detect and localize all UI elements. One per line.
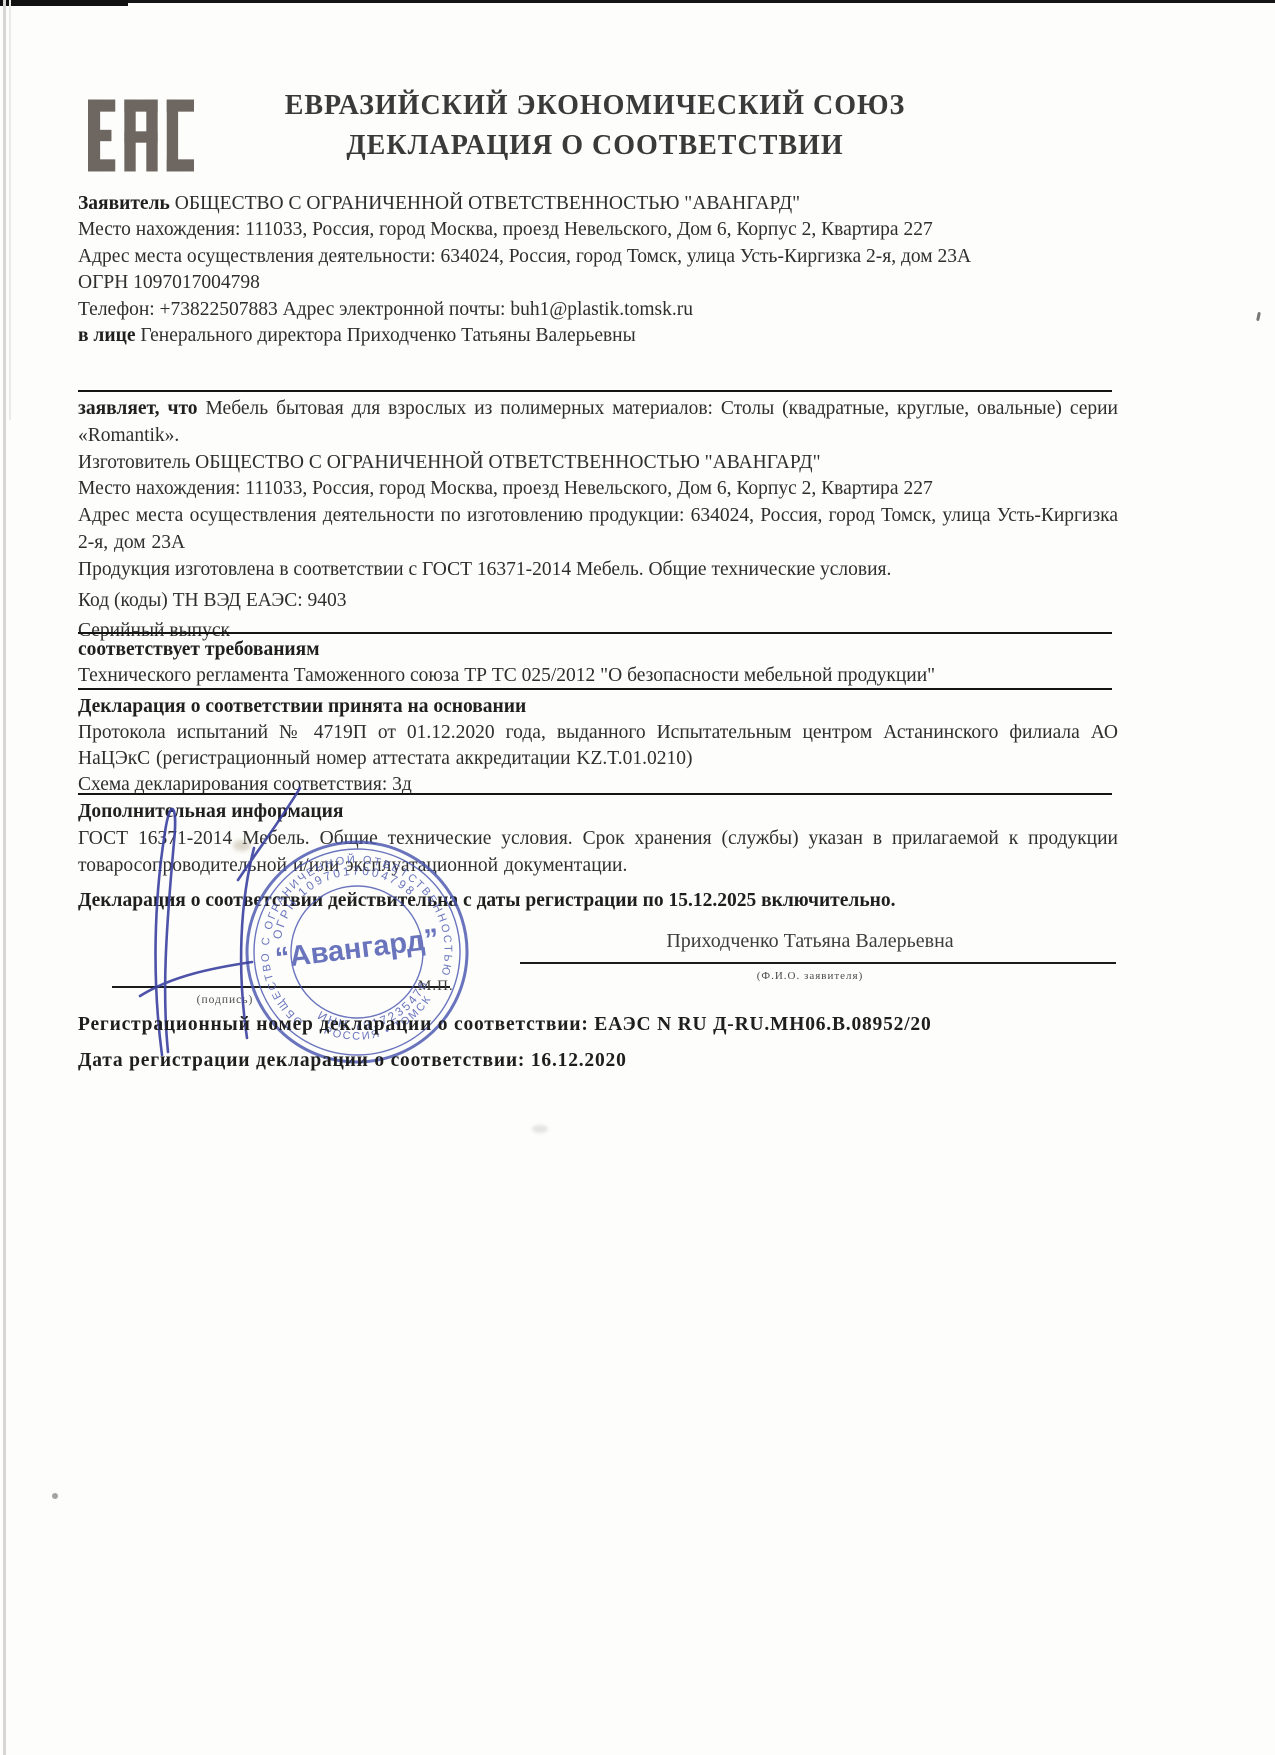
compliance-regulation-line: Технического регламента Таможенного союз…: [78, 663, 1118, 689]
registration-number-line: Регистрационный номер декларации о соотв…: [78, 1014, 932, 1036]
product-section: заявляет, что Мебель бытовая для взрослы…: [78, 396, 1118, 645]
tn-ved-code-line: Код (коды) ТН ВЭД ЕАЭС: 9403: [78, 588, 1118, 615]
gost-conformity-line: Продукция изготовлена в соответствии с Г…: [78, 557, 1118, 584]
signer-name: Приходченко Татьяна Валерьевна: [560, 930, 1060, 953]
basis-protocol-line: Протокола испытаний № 4719П от 01.12.202…: [78, 720, 1118, 772]
applicant-ogrn-line: ОГРН 1097017004798: [78, 270, 1118, 296]
eac-logo-icon: [88, 87, 194, 184]
scan-left-edge-light: [9, 0, 11, 420]
divider-1: [78, 390, 1112, 392]
manufacturer-location-line: Место нахождения: 111033, Россия, город …: [78, 476, 1118, 503]
registration-date-line: Дата регистрации декларации о соответств…: [78, 1050, 627, 1072]
basis-heading: Декларация о соответствии принята на осн…: [78, 694, 1118, 720]
applicant-location-line: Место нахождения: 111033, Россия, город …: [78, 217, 1118, 243]
scan-top-edge-corner: [0, 0, 128, 6]
title-line-declaration: ДЕКЛАРАЦИЯ О СООТВЕТСТВИИ: [200, 126, 990, 166]
declares-label: заявляет, что: [78, 398, 198, 419]
scan-left-edge: [3, 0, 6, 1755]
scan-artifact: [1256, 312, 1261, 321]
production-address-line: Адрес места осуществления деятельности п…: [78, 503, 1118, 557]
applicant-name-line: Заявитель ОБЩЕСТВО С ОГРАНИЧЕННОЙ ОТВЕТС…: [78, 191, 1118, 217]
applicant-section: Заявитель ОБЩЕСТВО С ОГРАНИЧЕННОЙ ОТВЕТС…: [78, 191, 1118, 349]
manufacturer-label: Изготовитель: [78, 452, 190, 473]
divider-2: [78, 632, 1112, 634]
applicant-label: Заявитель: [78, 193, 170, 214]
scan-top-edge: [0, 0, 1275, 3]
scan-artifact: [52, 1493, 58, 1499]
compliance-section: соответствует требованиям Технического р…: [78, 637, 1118, 689]
applicant-contacts-line: Телефон: +73822507883 Адрес электронной …: [78, 297, 1118, 323]
document-title: ЕВРАЗИЙСКИЙ ЭКОНОМИЧЕСКИЙ СОЮЗ ДЕКЛАРАЦИ…: [200, 86, 990, 166]
divider-3: [78, 688, 1112, 690]
declaration-document-page: ЕВРАЗИЙСКИЙ ЭКОНОМИЧЕСКИЙ СОЮЗ ДЕКЛАРАЦИ…: [0, 0, 1275, 1755]
in-person-label: в лице: [78, 325, 135, 346]
scan-artifact: [532, 1125, 548, 1133]
title-line-union: ЕВРАЗИЙСКИЙ ЭКОНОМИЧЕСКИЙ СОЮЗ: [200, 86, 990, 126]
compliance-heading: соответствует требованиям: [78, 637, 1118, 663]
fio-caption: (Ф.И.О. заявителя): [560, 970, 1060, 982]
fio-underline: [520, 962, 1116, 964]
manufacturer-line: Изготовитель ОБЩЕСТВО С ОГРАНИЧЕННОЙ ОТВ…: [78, 450, 1118, 477]
product-declaration-line: заявляет, что Мебель бытовая для взрослы…: [78, 396, 1118, 450]
applicant-in-person-line: в лице Генерального директора Приходченк…: [78, 323, 1118, 349]
applicant-activity-address-line: Адрес места осуществления деятельности: …: [78, 244, 1118, 270]
